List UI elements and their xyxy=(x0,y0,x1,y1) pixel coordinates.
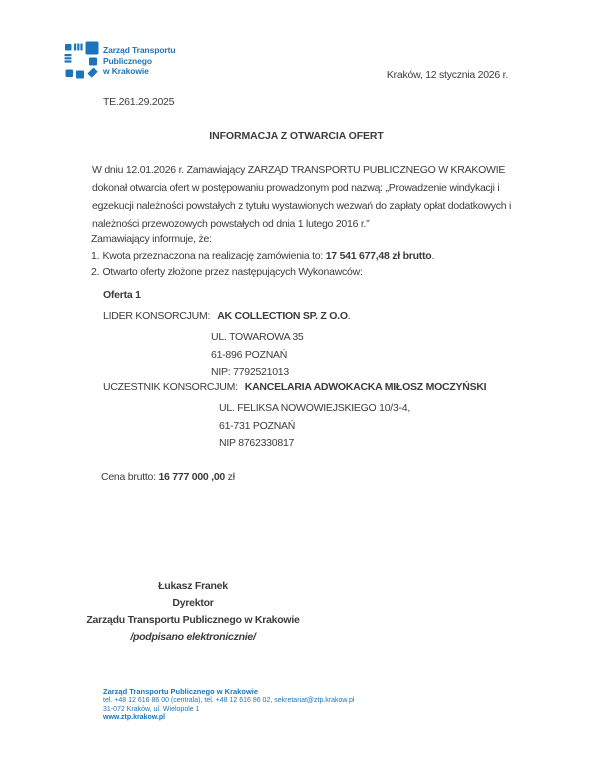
budget-text: Kwota przeznaczona na realizację zamówie… xyxy=(103,250,326,262)
offers-text: Otwarto oferty złożone przez następujący… xyxy=(103,266,363,278)
list-number: 1. xyxy=(91,250,103,262)
address-line: 61-731 POZNAŃ xyxy=(219,418,410,436)
footer-contact-block: Zarząd Transportu Publicznego w Krakowie… xyxy=(103,688,354,723)
intro-paragraph: W dniu 12.01.2026 r. Zamawiający ZARZĄD … xyxy=(92,161,511,233)
leader-name: AK COLLECTION SP. Z O.O xyxy=(217,310,348,322)
logo-line-1: Zarząd Transportu xyxy=(103,45,175,56)
offer-heading: Oferta 1 xyxy=(103,289,141,301)
signer-name: Łukasz Franek xyxy=(83,578,303,595)
footer-phone-line: tel. +48 12 616 86 00 (centrala), tel. +… xyxy=(103,697,354,706)
footer-org-name: Zarząd Transportu Publicznego w Krakowie xyxy=(103,688,354,697)
price-amount: 16 777 000 ,00 xyxy=(158,471,225,483)
logo-line-2: Publicznego xyxy=(103,56,175,67)
address-line: 61-896 POZNAŃ xyxy=(211,347,304,365)
participant-label: UCZESTNIK KONSORCJUM: xyxy=(103,381,238,393)
address-line: UL. TOWAROWA 35 xyxy=(211,329,304,347)
participant-name: KANCELARIA ADWOKACKA MIŁOSZ MOCZYŃSKI xyxy=(245,381,487,393)
intro-line: W dniu 12.01.2026 r. Zamawiający ZARZĄD … xyxy=(92,161,511,179)
consortium-leader-line: LIDER KONSORCJUM:AK COLLECTION SP. Z O.O… xyxy=(103,310,350,322)
signer-organization: Zarządu Transportu Publicznego w Krakowi… xyxy=(83,612,303,629)
intro-line: egzekucji należności powstałych z tytułu… xyxy=(92,197,511,215)
address-line: UL. FELIKSA NOWOWIEJSKIEGO 10/3-4, xyxy=(219,400,410,418)
signature-block: Łukasz Franek Dyrektor Zarządu Transport… xyxy=(83,578,303,646)
place-date: Kraków, 12 stycznia 2026 r. xyxy=(0,69,508,81)
list-item-offers: 2.Otwarto oferty złożone przez następują… xyxy=(91,266,363,278)
list-item-budget: 1.Kwota przeznaczona na realizację zamów… xyxy=(91,250,434,262)
address-line: NIP: 7792521013 xyxy=(211,364,304,382)
address-line: NIP 8762330817 xyxy=(219,435,410,453)
participant-address: UL. FELIKSA NOWOWIEJSKIEGO 10/3-4, 61-73… xyxy=(219,400,410,453)
footer-address-line: 31-072 Kraków, ul. Wielopole 1 xyxy=(103,706,354,715)
document-title: INFORMACJA Z OTWARCIA OFERT xyxy=(0,130,593,142)
electronic-signature-note: /podpisano elektronicznie/ xyxy=(83,629,303,646)
document-page: Zarząd Transportu Publicznego w Krakowie… xyxy=(0,0,593,768)
signer-role: Dyrektor xyxy=(83,595,303,612)
budget-suffix: . xyxy=(431,250,434,262)
leader-label: LIDER KONSORCJUM: xyxy=(103,310,210,322)
price-label: Cena brutto: xyxy=(101,471,158,483)
price-suffix: zł xyxy=(225,471,235,483)
consortium-participant-line: UCZESTNIK KONSORCJUM:KANCELARIA ADWOKACK… xyxy=(103,381,486,393)
leader-suffix: . xyxy=(348,310,351,322)
footer-website: www.ztp.krakow.pl xyxy=(103,714,354,723)
intro-line: należności przewozowych powstałych od dn… xyxy=(92,215,511,233)
intro-line: dokonał otwarcia ofert w postępowaniu pr… xyxy=(92,179,511,197)
case-number: TE.261.29.2025 xyxy=(103,96,174,108)
leader-address: UL. TOWAROWA 35 61-896 POZNAŃ NIP: 77925… xyxy=(211,329,304,382)
gross-price-line: Cena brutto: 16 777 000 ,00 zł xyxy=(101,471,235,483)
informs-label: Zamawiający informuje, że: xyxy=(91,233,212,245)
list-number: 2. xyxy=(91,266,103,278)
budget-amount: 17 541 677,48 zł brutto xyxy=(326,250,432,262)
